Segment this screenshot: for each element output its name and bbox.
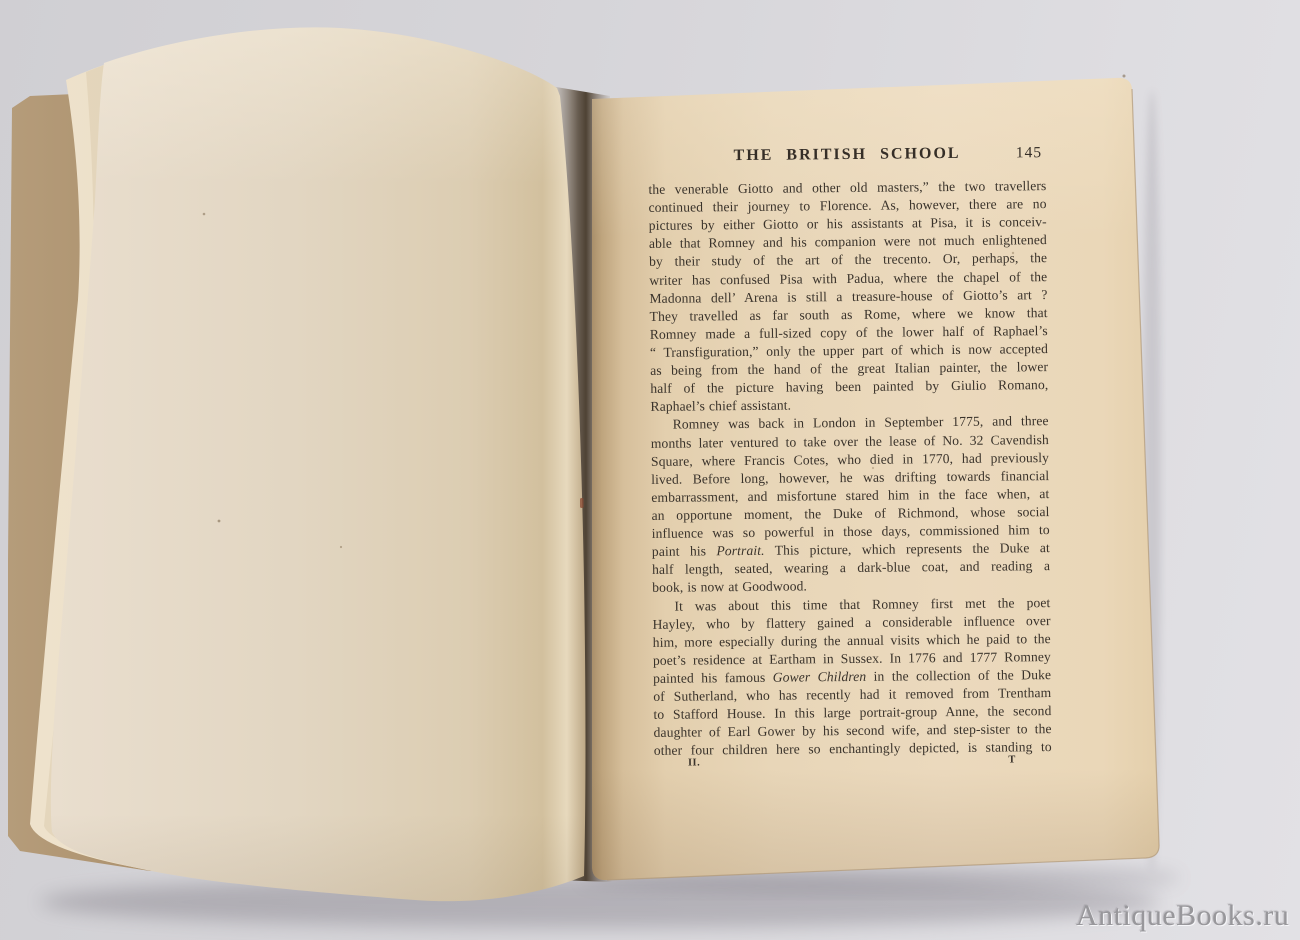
page-body: the venerable Giotto and other old maste…: [648, 177, 1052, 760]
watermark: AntiqueBooks.ru: [1076, 899, 1289, 933]
page-header: THE BRITISH SCHOOL 145: [648, 144, 1046, 170]
text-line: other four children here so enchantingly…: [654, 738, 1052, 760]
sheet-signature: T: [1008, 754, 1016, 765]
page-title: THE BRITISH SCHOOL: [648, 144, 1046, 166]
volume-signature: II.: [688, 757, 700, 768]
book-photo: [0, 0, 1300, 940]
page-number: 145: [1016, 144, 1042, 162]
printed-page: THE BRITISH SCHOOL 145 the venerable Gio…: [648, 144, 1052, 768]
left-page-sheen: [51, 27, 586, 901]
